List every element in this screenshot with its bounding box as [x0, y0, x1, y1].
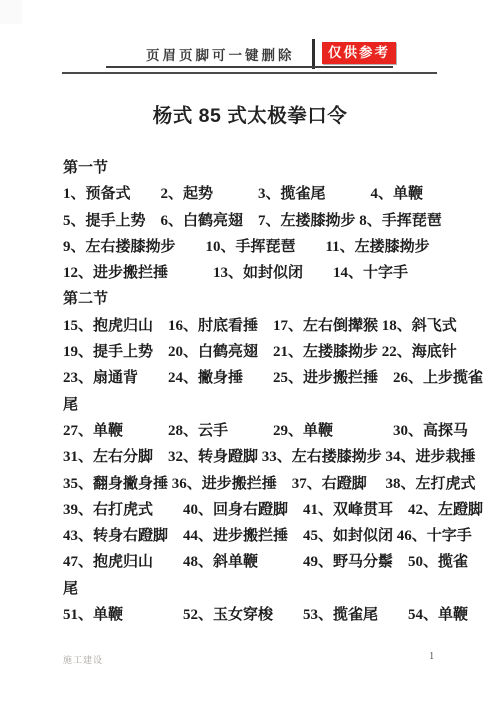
header-rule-lower [62, 72, 437, 74]
header-divider-bar [312, 39, 315, 69]
text-line: 31、左右分脚 32、转身蹬脚 33、左右搂膝拗步 34、进步栽捶 [63, 444, 443, 470]
section-heading-1: 第一节 [63, 155, 443, 181]
header-rule-upper [106, 66, 393, 68]
document-page: 页眉页脚可一键删除 仅供参考 杨式 85 式太极拳口令 第一节 1、预备式 2、… [0, 0, 500, 708]
text-line: 5、提手上势 6、白鹤亮翅 7、左搂膝拗步 8、手挥琵琶 [63, 208, 443, 234]
text-line: 15、抱虎归山 16、肘底看捶 17、左右倒撵猴 18、斜飞式 [63, 313, 443, 339]
text-line: 47、抱虎归山 48、斜单鞭 49、野马分鬃 50、揽雀 [63, 549, 443, 575]
header-note: 页眉页脚可一键删除 [146, 44, 295, 64]
text-line: 9、左右搂膝拗步 10、手挥琵琶 11、左搂膝拗步 [63, 234, 443, 260]
text-line-wrap: 尾 [63, 576, 443, 602]
text-line: 12、进步搬拦捶 13、如封似闭 14、十字手 [63, 260, 443, 286]
text-line: 51、单鞭 52、玉女穿梭 53、揽雀尾 54、单鞭 [63, 602, 443, 628]
reference-only-badge: 仅供参考 [322, 42, 396, 64]
section-heading-2: 第二节 [63, 286, 443, 312]
text-line: 27、单鞭 28、云手 29、单鞭 30、高探马 [63, 418, 443, 444]
text-line: 35、翻身撇身捶 36、进步搬拦捶 37、右蹬脚 38、左打虎式 [63, 471, 443, 497]
text-line-wrap: 尾 [63, 392, 443, 418]
text-line: 1、预备式 2、起势 3、揽雀尾 4、单鞭 [63, 181, 443, 207]
footer-watermark: 施工建设 [63, 653, 103, 666]
scan-corner-artifact [0, 0, 22, 24]
text-line: 23、扇通背 24、撇身捶 25、进步搬拦捶 26、上步揽雀 [63, 365, 443, 391]
page-number: 1 [429, 651, 434, 662]
text-line: 39、右打虎式 40、回身右蹬脚 41、双峰贯耳 42、左蹬脚 [63, 497, 443, 523]
body-content: 第一节 1、预备式 2、起势 3、揽雀尾 4、单鞭 5、提手上势 6、白鹤亮翅 … [63, 155, 443, 628]
text-line: 43、转身右蹬脚 44、进步搬拦捶 45、如封似闭 46、十字手 [63, 523, 443, 549]
text-line: 19、提手上势 20、白鹤亮翅 21、左搂膝拗步 22、海底针 [63, 339, 443, 365]
page-title: 杨式 85 式太极拳口令 [0, 100, 500, 128]
